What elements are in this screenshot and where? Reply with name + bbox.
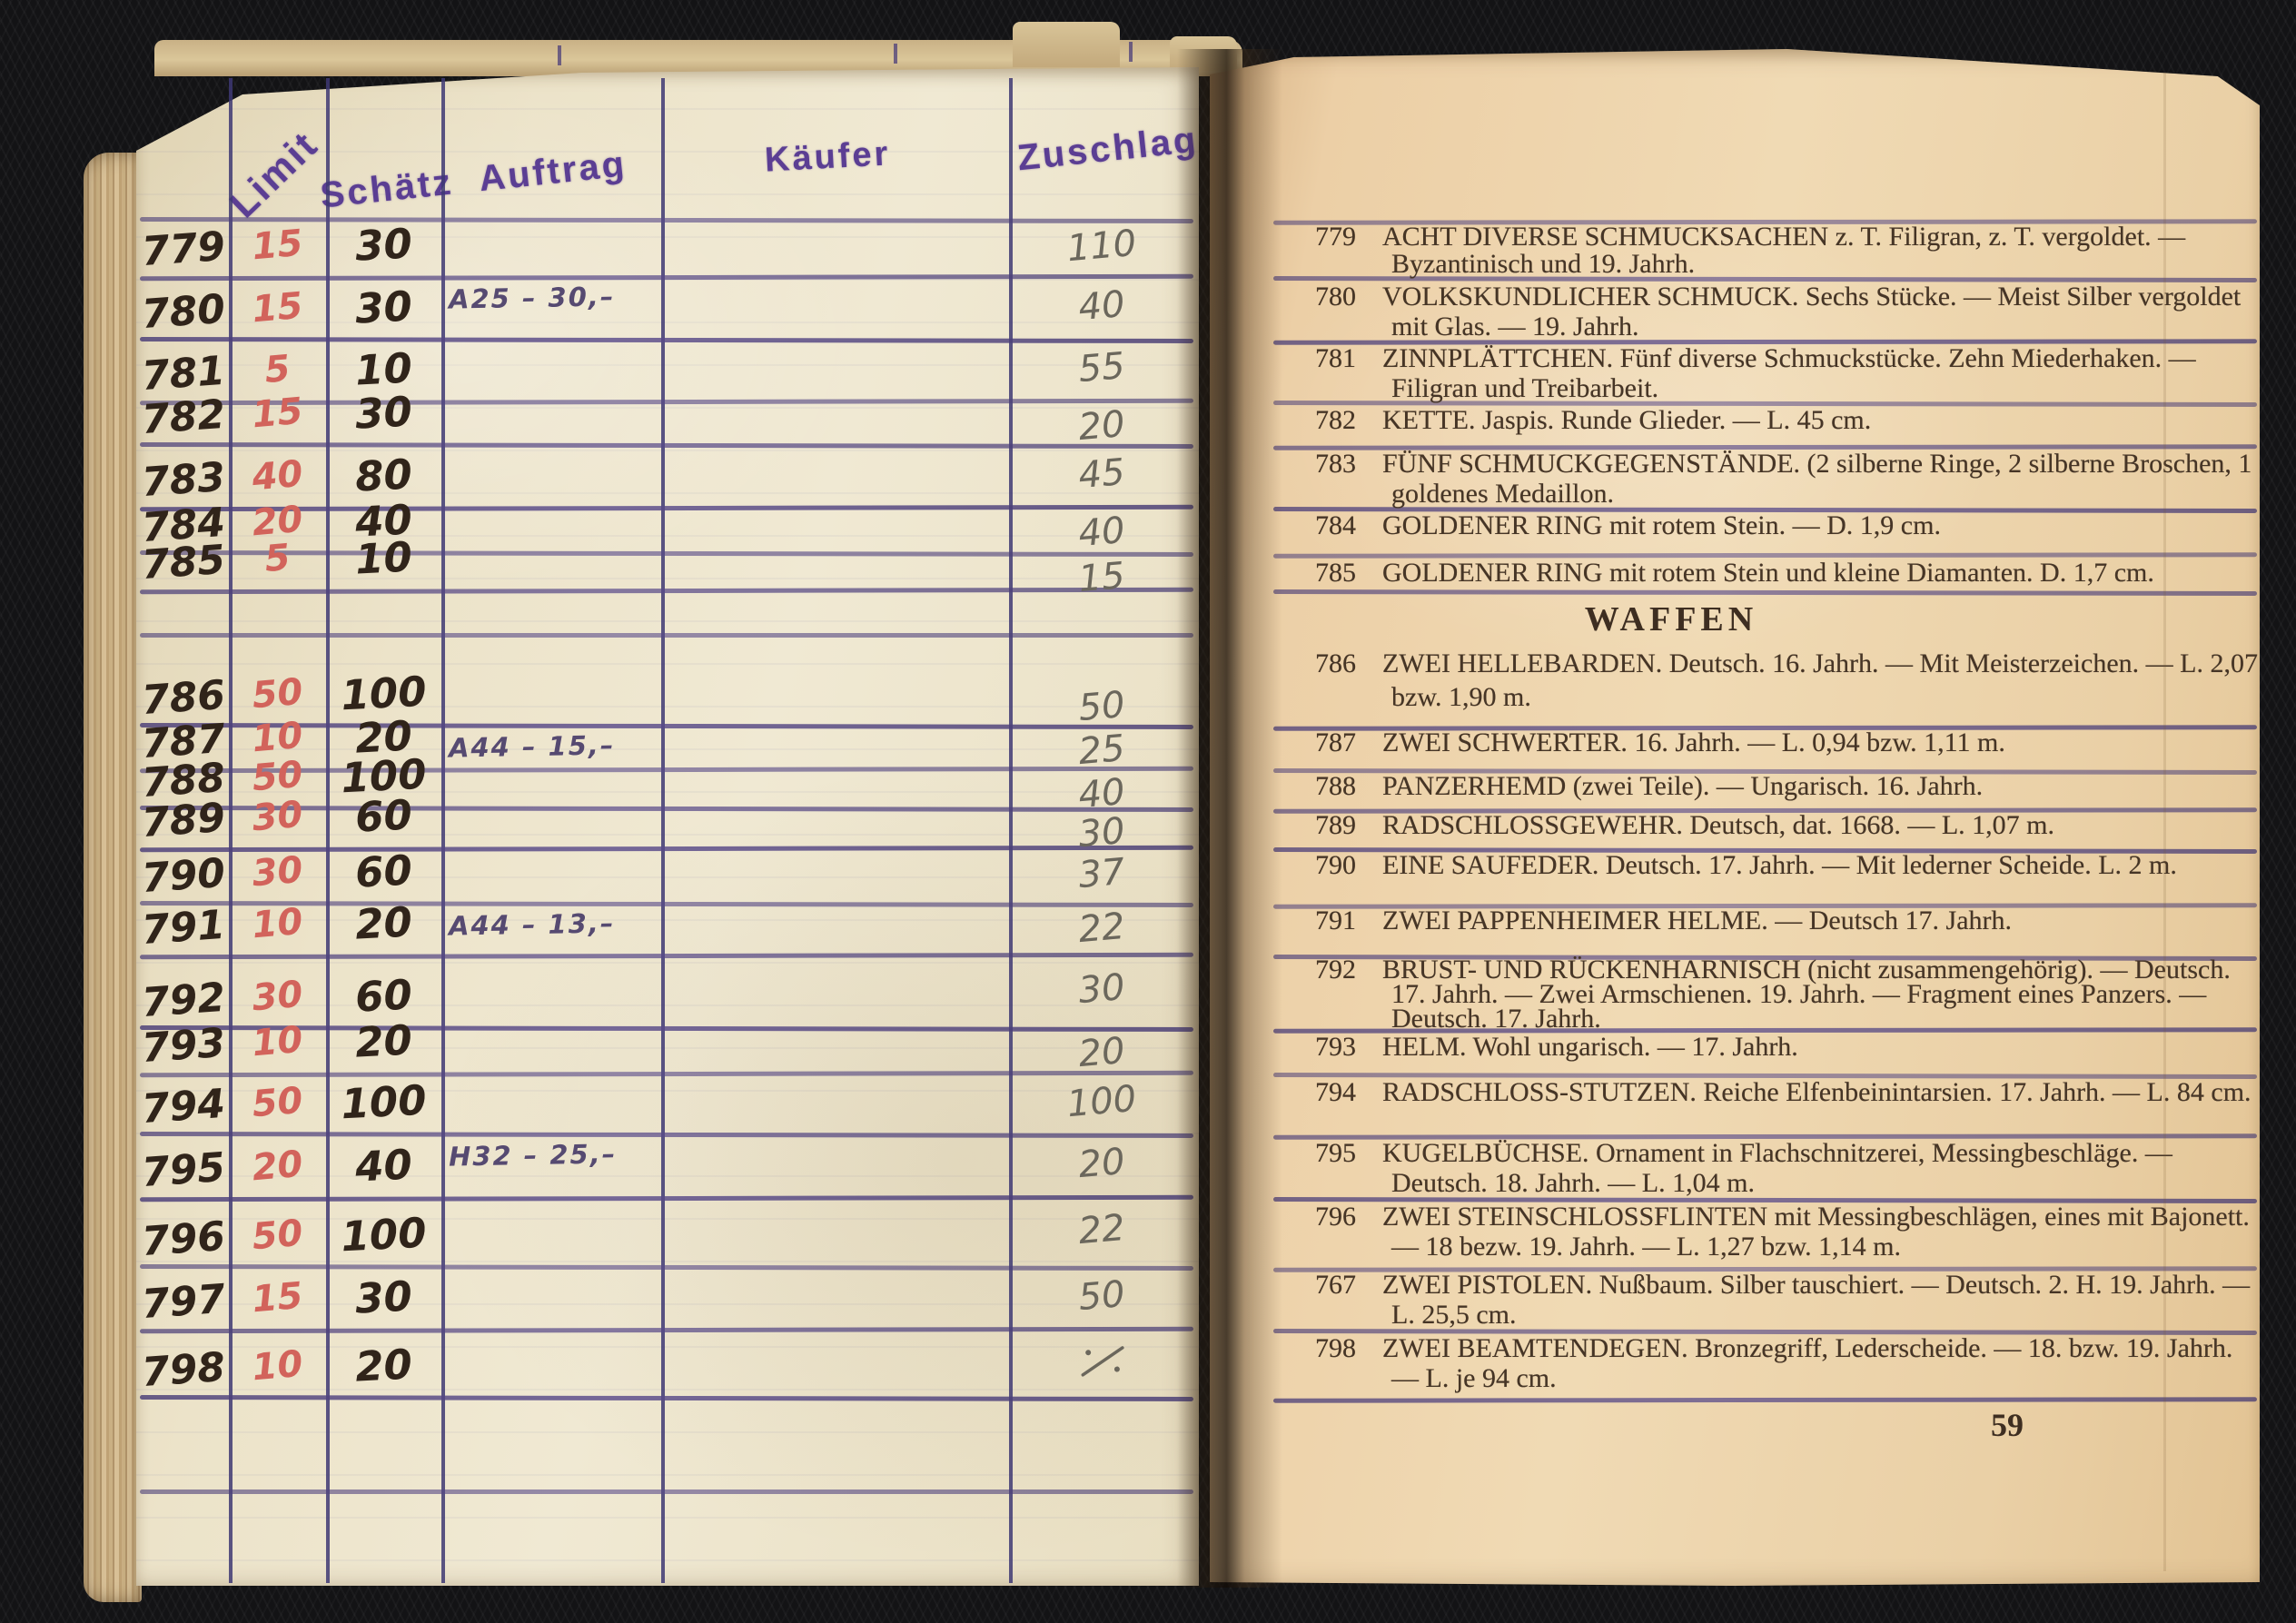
- auction-ledger-book-scan: Limit Schätz Auftrag Käufer Zuschlag WAF…: [0, 0, 2296, 1623]
- entry-number: 784: [1315, 510, 1382, 540]
- limit-value: 30: [229, 792, 326, 842]
- lot-number: 780: [138, 286, 228, 339]
- limit-value: 5: [229, 534, 326, 584]
- zuschlag-value: 20: [1017, 1135, 1185, 1192]
- ledger-hline: [140, 274, 1193, 281]
- entry-number: 793: [1315, 1032, 1382, 1062]
- catalog-entry: 786ZWEI HELLEBARDEN. Deutsch. 16. Jahrh.…: [1315, 647, 2263, 714]
- ledger-hline: [140, 1395, 1193, 1401]
- entry-text: ZWEI PISTOLEN. Nußbaum. Silber tauschier…: [1382, 1270, 2250, 1330]
- content-layer: Limit Schätz Auftrag Käufer Zuschlag WAF…: [0, 0, 2296, 1623]
- schaetz-value: 20: [327, 1014, 441, 1068]
- catalog-entry: 779ACHT DIVERSE SCHMUCKSACHEN z. T. Fili…: [1315, 223, 2263, 278]
- entry-number: 787: [1315, 727, 1382, 757]
- lot-number: 779: [138, 223, 228, 276]
- limit-value: 20: [229, 1142, 326, 1192]
- schaetz-value: 60: [327, 845, 441, 898]
- lot-number: 795: [138, 1144, 228, 1197]
- entry-number: 780: [1315, 282, 1382, 312]
- catalog-entry: 790EINE SAUFEDER. Deutsch. 17. Jahrh. — …: [1315, 850, 2263, 880]
- lot-number: 797: [138, 1276, 228, 1329]
- lot-number: 798: [138, 1344, 228, 1397]
- zuschlag-value: 45: [1017, 446, 1185, 502]
- entry-text: ZWEI PAPPENHEIMER HELME. — Deutsch 17. J…: [1382, 906, 2012, 935]
- schaetz-value: 30: [327, 281, 441, 334]
- entry-text: KUGELBÜCHSE. Ornament in Flachschnitzere…: [1382, 1138, 2172, 1198]
- entry-text: ZINNPLÄTTCHEN. Fünf diverse Schmuckstück…: [1382, 343, 2196, 403]
- limit-value: 15: [229, 389, 326, 439]
- entry-text: ZWEI STEINSCHLOSSFLINTEN mit Messingbesc…: [1382, 1202, 2250, 1262]
- ledger-hline: [140, 1132, 1193, 1138]
- zuschlag-no-sale-mark: [1017, 1333, 1185, 1388]
- limit-value: 50: [229, 1211, 326, 1261]
- catalog-entry: 796ZWEI STEINSCHLOSSFLINTEN mit Messingb…: [1315, 1202, 2263, 1262]
- limit-value: 40: [229, 451, 326, 501]
- entry-text: ZWEI HELLEBARDEN. Deutsch. 16. Jahrh. — …: [1382, 648, 2258, 712]
- auftrag-note: A25 – 30,–: [449, 281, 616, 314]
- entry-number: 796: [1315, 1202, 1382, 1232]
- entry-number: 786: [1315, 647, 1382, 680]
- page-crease: [2163, 73, 2166, 1571]
- entry-number: 790: [1315, 850, 1382, 880]
- limit-value: 5: [229, 345, 326, 395]
- catalog-entry: 785GOLDENER RING mit rotem Stein und kle…: [1315, 558, 2263, 588]
- catalog-entry: 792BRUST- UND RÜCKENHARNISCH (nicht zusa…: [1315, 957, 2263, 1031]
- auftrag-note: A44 – 15,–: [449, 729, 616, 763]
- schaetz-value: 100: [327, 1075, 441, 1129]
- limit-value: 15: [229, 1273, 326, 1323]
- entry-number: 767: [1315, 1270, 1382, 1300]
- lot-number: 790: [138, 850, 228, 903]
- entry-text: EINE SAUFEDER. Deutsch. 17. Jahrh. — Mit…: [1382, 850, 2177, 880]
- schaetz-value: 30: [327, 386, 441, 440]
- column-header-schaetz-auftrag-stamp: Schätz Auftrag: [319, 143, 629, 216]
- zuschlag-value: 40: [1017, 278, 1185, 334]
- entry-number: 789: [1315, 810, 1382, 840]
- entry-text: ZWEI SCHWERTER. 16. Jahrh. — L. 0,94 bzw…: [1382, 727, 2005, 757]
- entry-text: GOLDENER RING mit rotem Stein. — D. 1,9 …: [1382, 510, 1941, 540]
- catalog-entry: 793HELM. Wohl ungarisch. — 17. Jahrh.: [1315, 1032, 2263, 1062]
- entry-text: PANZERHEMD (zwei Teile). — Ungarisch. 16…: [1382, 771, 1983, 801]
- entry-text: GOLDENER RING mit rotem Stein und kleine…: [1382, 558, 2154, 588]
- entry-text: ACHT DIVERSE SCHMUCKSACHEN z. T. Filigra…: [1382, 222, 2185, 279]
- zuschlag-value: 50: [1017, 1268, 1185, 1324]
- limit-value: 50: [229, 669, 326, 719]
- ledger-vline: [661, 78, 665, 1583]
- entry-number: 792: [1315, 957, 1382, 982]
- lot-number: 785: [138, 537, 228, 589]
- ledger-hline: [140, 1195, 1193, 1202]
- catalog-hline: [1273, 589, 2257, 596]
- ledger-hline: [140, 1327, 1193, 1333]
- schaetz-value: 30: [327, 218, 441, 272]
- column-header-zuschlag-stamp: Zuschlag: [1015, 120, 1200, 180]
- schaetz-value: 40: [327, 1139, 441, 1193]
- entry-number: 795: [1315, 1138, 1382, 1168]
- catalog-entry: 794RADSCHLOSS-STUTZEN. Reiche Elfenbeini…: [1315, 1077, 2263, 1107]
- limit-value: 10: [229, 899, 326, 949]
- entry-text: VOLKSKUNDLICHER SCHMUCK. Sechs Stücke. —…: [1382, 282, 2241, 341]
- entry-number: 798: [1315, 1333, 1382, 1363]
- catalog-entry: 767ZWEI PISTOLEN. Nußbaum. Silber tausch…: [1315, 1270, 2263, 1330]
- limit-value: 10: [229, 1017, 326, 1067]
- zuschlag-value: 22: [1017, 1202, 1185, 1258]
- entry-text: HELM. Wohl ungarisch. — 17. Jahrh.: [1382, 1032, 1798, 1062]
- zuschlag-value: 30: [1017, 961, 1185, 1017]
- catalog-entry: 784GOLDENER RING mit rotem Stein. — D. 1…: [1315, 510, 2263, 540]
- zuschlag-value: 22: [1017, 900, 1185, 956]
- catalog-entry: 795KUGELBÜCHSE. Ornament in Flachschnitz…: [1315, 1138, 2263, 1198]
- entry-text: KETTE. Jaspis. Runde Glieder. — L. 45 cm…: [1382, 405, 1871, 435]
- schaetz-value: 10: [327, 531, 441, 585]
- catalog-entry: 788PANZERHEMD (zwei Teile). — Ungarisch.…: [1315, 771, 2263, 801]
- zuschlag-value: 55: [1017, 340, 1185, 396]
- catalog-entry: 780VOLKSKUNDLICHER SCHMUCK. Sechs Stücke…: [1315, 282, 2263, 341]
- entry-number: 781: [1315, 343, 1382, 373]
- entry-number: 782: [1315, 405, 1382, 435]
- entry-number: 783: [1315, 449, 1382, 479]
- catalog-entry: 798ZWEI BEAMTENDEGEN. Bronzegriff, Leder…: [1315, 1333, 2263, 1393]
- lot-number: 783: [138, 454, 228, 507]
- lot-number: 792: [138, 975, 228, 1027]
- page-number: 59: [1991, 1406, 2024, 1444]
- schaetz-value: 20: [327, 896, 441, 950]
- zuschlag-value: 100: [1017, 1074, 1185, 1130]
- column-header-kaeufer-stamp: Käufer: [764, 134, 891, 180]
- schaetz-value: 60: [327, 789, 441, 843]
- catalog-entry: 789RADSCHLOSSGEWEHR. Deutsch, dat. 1668.…: [1315, 810, 2263, 840]
- entry-number: 779: [1315, 223, 1382, 251]
- ledger-vline: [1009, 78, 1013, 1583]
- limit-value: 15: [229, 283, 326, 333]
- lot-number: 791: [138, 902, 228, 955]
- limit-value: 15: [229, 221, 326, 271]
- limit-value: 50: [229, 1078, 326, 1128]
- schaetz-value: 30: [327, 1271, 441, 1324]
- zuschlag-value: 110: [1017, 218, 1185, 274]
- entry-number: 788: [1315, 771, 1382, 801]
- lot-number: 793: [138, 1020, 228, 1073]
- entry-number: 794: [1315, 1077, 1382, 1107]
- entry-text: BRUST- UND RÜCKENHARNISCH (nicht zusamme…: [1382, 955, 2231, 1034]
- entry-text: FÜNF SCHMUCKGEGENSTÄNDE. (2 silberne Rin…: [1382, 449, 2251, 509]
- catalog-hline: [1273, 1397, 2257, 1403]
- ledger-hline: [140, 633, 1193, 638]
- catalog-entry: 783FÜNF SCHMUCKGEGENSTÄNDE. (2 silberne …: [1315, 449, 2263, 509]
- schaetz-value: 100: [327, 1208, 441, 1262]
- lot-number: 796: [138, 1213, 228, 1266]
- auftrag-note: A44 – 13,–: [449, 907, 616, 941]
- ledger-hline: [140, 1264, 1193, 1271]
- entry-number: 791: [1315, 906, 1382, 935]
- auftrag-note: H32 – 25,–: [449, 1138, 618, 1172]
- entry-text: RADSCHLOSS-STUTZEN. Reiche Elfenbeininta…: [1382, 1077, 2251, 1107]
- ledger-hline: [140, 337, 1193, 343]
- catalog-entry: 791ZWEI PAPPENHEIMER HELME. — Deutsch 17…: [1315, 906, 2263, 935]
- catalog-entry: 781ZINNPLÄTTCHEN. Fünf diverse Schmuckst…: [1315, 343, 2263, 403]
- limit-value: 10: [229, 1341, 326, 1391]
- lot-number: 794: [138, 1081, 228, 1133]
- catalog-entry: 787ZWEI SCHWERTER. 16. Jahrh. — L. 0,94 …: [1315, 727, 2263, 757]
- limit-value: 30: [229, 847, 326, 897]
- entry-text: RADSCHLOSSGEWEHR. Deutsch, dat. 1668. — …: [1382, 810, 2054, 840]
- limit-value: 30: [229, 972, 326, 1022]
- schaetz-value: 20: [327, 1339, 441, 1392]
- ledger-vline: [441, 78, 445, 1583]
- catalog-entry: 782KETTE. Jaspis. Runde Glieder. — L. 45…: [1315, 405, 2263, 435]
- entry-text: ZWEI BEAMTENDEGEN. Bronzegriff, Ledersch…: [1382, 1333, 2232, 1393]
- ledger-hline: [140, 1489, 1193, 1494]
- lot-number: 782: [138, 391, 228, 444]
- lot-number: 789: [138, 795, 228, 847]
- entry-number: 785: [1315, 558, 1382, 588]
- section-title: WAFFEN: [1217, 599, 2125, 639]
